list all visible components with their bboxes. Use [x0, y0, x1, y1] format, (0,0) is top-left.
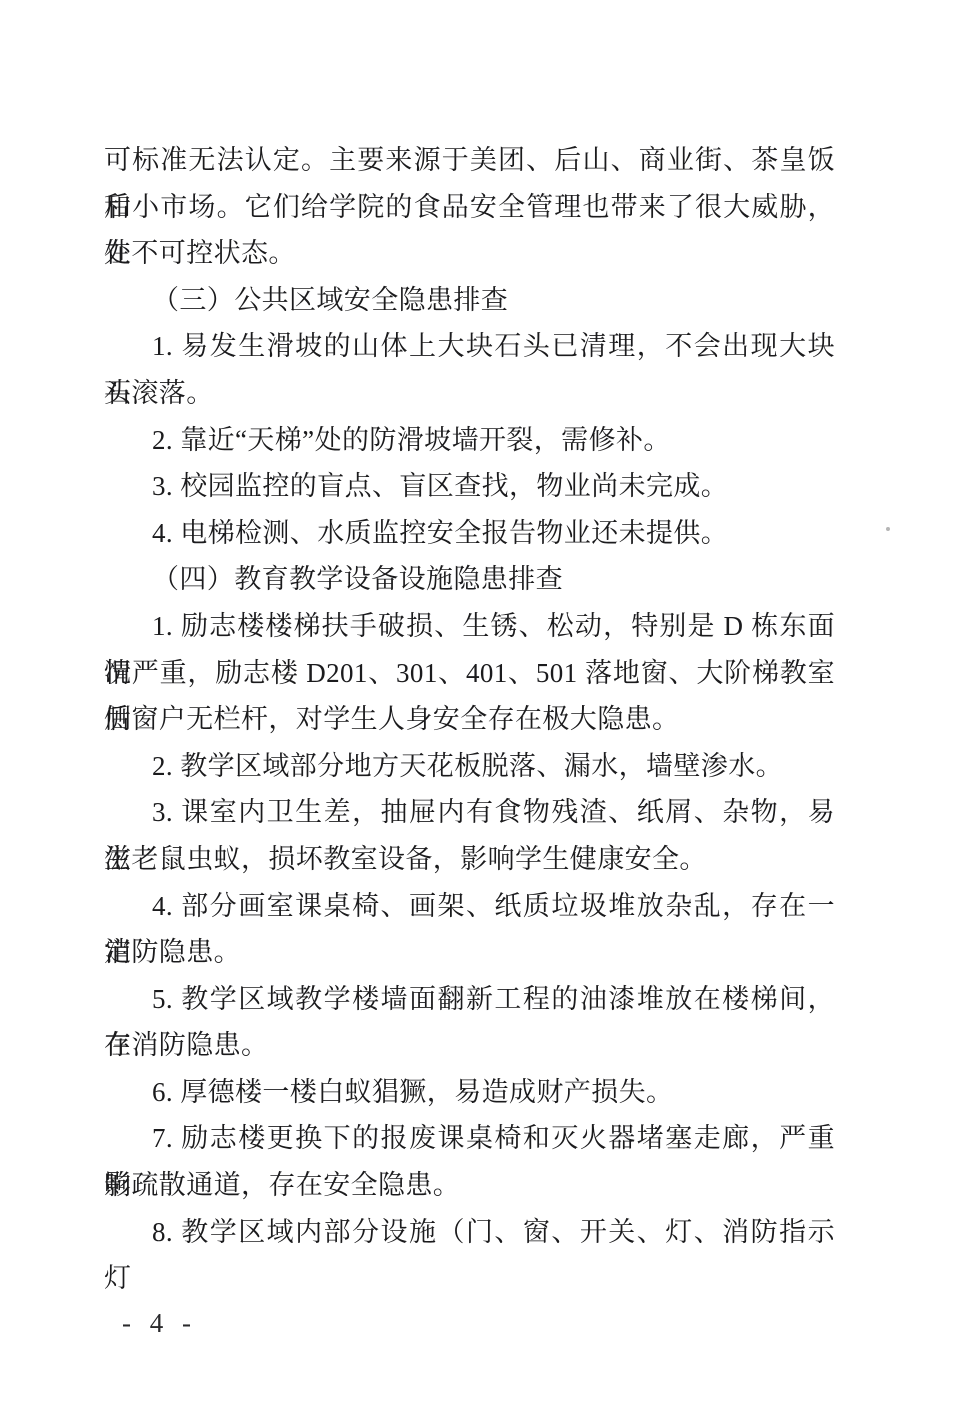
text-line: 4. 电梯检测、水质监控安全报告物业还未提供。 [104, 510, 835, 557]
scan-artifact-dot [886, 527, 890, 531]
text-line: 7. 励志楼更换下的报废课桌椅和灭火器堵塞走廊，严重影 [104, 1115, 835, 1162]
text-line: 生老鼠虫蚁，损坏教室设备，影响学生健康安全。 [104, 836, 835, 883]
text-line: 2. 靠近“天梯”处的防滑坡墙开裂，需修补。 [104, 417, 835, 464]
text-line: 3. 校园监控的盲点、盲区查找，物业尚未完成。 [104, 463, 835, 510]
text-line: 3. 课室内卫生差，抽屉内有食物残渣、纸屑、杂物，易滋 [104, 789, 835, 836]
text-line: 侧窗户无栏杆，对学生人身安全存在极大隐患。 [104, 696, 835, 743]
text-line: 在不可控状态。 [104, 230, 835, 277]
text-line: 头滚落。 [104, 370, 835, 417]
text-line: 消防隐患。 [104, 929, 835, 976]
text-line: 可标准无法认定。主要来源于美团、后山、商业街、茶皇饭后 [104, 137, 835, 184]
text-line: 和小市场。它们给学院的食品安全管理也带来了很大威胁，处 [104, 184, 835, 231]
text-line: 6. 厚德楼一楼白蚁猖獗，易造成财产损失。 [104, 1069, 835, 1116]
page-number: - 4 - [122, 1308, 197, 1339]
document-body: 可标准无法认定。主要来源于美团、后山、商业街、茶皇饭后 和小市场。它们给学院的食… [104, 137, 835, 1255]
section-heading: （四）教育教学设备设施隐患排查 [104, 556, 835, 603]
text-line: 4. 部分画室课桌椅、画架、纸质垃圾堆放杂乱，存在一定 [104, 883, 835, 930]
text-line: 在消防隐患。 [104, 1022, 835, 1069]
document-page: 可标准无法认定。主要来源于美团、后山、商业街、茶皇饭后 和小市场。它们给学院的食… [0, 0, 958, 1403]
text-line: 响疏散通道，存在安全隐患。 [104, 1162, 835, 1209]
text-line: 1. 易发生滑坡的山体上大块石头已清理，不会出现大块石 [104, 323, 835, 370]
text-line: 1. 励志楼楼梯扶手破损、生锈、松动，特别是 D 栋东面情 [104, 603, 835, 650]
text-line: 况严重，励志楼 D201、301、401、501 落地窗、大阶梯教室后 [104, 650, 835, 697]
text-line: 8. 教学区域内部分设施（门、窗、开关、灯、消防指示灯 [104, 1209, 835, 1256]
section-heading: （三）公共区域安全隐患排查 [104, 277, 835, 324]
text-line: 2. 教学区域部分地方天花板脱落、漏水，墙壁渗水。 [104, 743, 835, 790]
text-line: 5. 教学区域教学楼墙面翻新工程的油漆堆放在楼梯间，存 [104, 976, 835, 1023]
